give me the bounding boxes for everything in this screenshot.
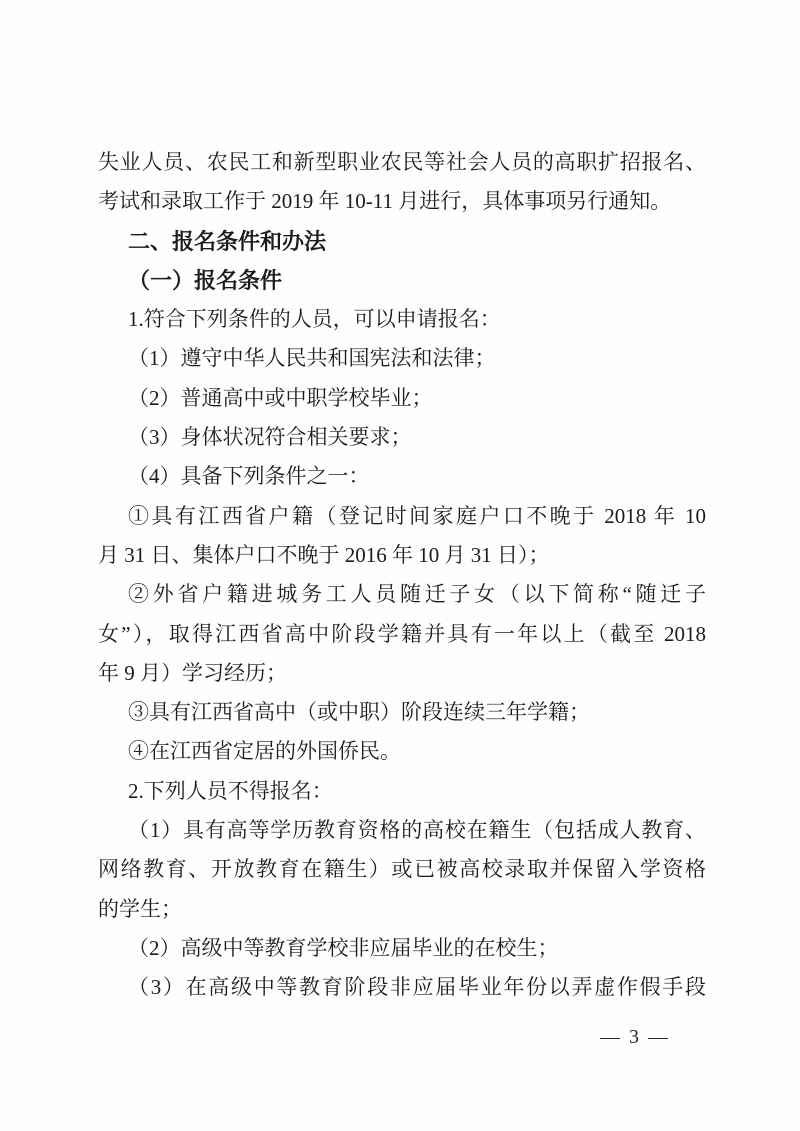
- document-line: 二、报名条件和办法: [98, 222, 706, 261]
- document-lines: 失业人员、农民工和新型职业农民等社会人员的高职扩招报名、 考试和录取工作于 20…: [98, 143, 706, 1008]
- document-line: （4）具备下列条件之一：: [98, 457, 706, 496]
- line-text: 月 31 日、集体户口不晚于 2016 年 10 月 31 日）；: [98, 543, 550, 567]
- line-text: 二、报名条件和办法: [128, 229, 326, 254]
- document-line: ①具有江西省户籍（登记时间家庭户口不晚于 2018 年 10: [98, 497, 706, 536]
- document-line: 2.下列人员不得报名：: [98, 772, 706, 811]
- document-line: （3）身体状况符合相关要求；: [98, 418, 706, 457]
- line-text: 女”），取得江西省高中阶段学籍并具有一年以上（截至 2018: [98, 622, 706, 646]
- document-line: 1.符合下列条件的人员，可以申请报名：: [98, 300, 706, 339]
- line-text: （1）遵守中华人民共和国宪法和法律；: [128, 346, 496, 370]
- document-line: 网络教育、开放教育在籍生）或已被高校录取并保留入学资格: [98, 850, 706, 889]
- document-line: （2）普通高中或中职学校毕业；: [98, 379, 706, 418]
- page-number: — 3 —: [600, 1022, 680, 1052]
- line-text: 失业人员、农民工和新型职业农民等社会人员的高职扩招报名、: [98, 150, 706, 174]
- document-line: （1）具有高等学历教育资格的高校在籍生（包括成人教育、: [98, 811, 706, 850]
- line-text: （3）身体状况符合相关要求；: [128, 425, 412, 449]
- line-text: （2）普通高中或中职学校毕业；: [128, 386, 433, 410]
- line-text: ①具有江西省户籍（登记时间家庭户口不晚于 2018 年 10: [128, 504, 706, 528]
- document-page: 失业人员、农民工和新型职业农民等社会人员的高职扩招报名、 考试和录取工作于 20…: [0, 0, 800, 1131]
- document-line: （2）高级中等教育学校非应届毕业的在校生；: [98, 929, 706, 968]
- document-line: （1）遵守中华人民共和国宪法和法律；: [98, 339, 706, 378]
- document-line: ③具有江西省高中（或中职）阶段连续三年学籍；: [98, 693, 706, 732]
- line-text: ③具有江西省高中（或中职）阶段连续三年学籍；: [128, 700, 590, 724]
- document-line: 的学生；: [98, 890, 706, 929]
- line-text: （一）报名条件: [128, 268, 282, 293]
- line-text: 考试和录取工作于 2019 年 10-11 月进行，具体事项另行通知。: [98, 189, 671, 213]
- line-text: 的学生；: [98, 897, 182, 921]
- line-text: 1.符合下列条件的人员，可以申请报名：: [128, 307, 501, 331]
- document-line: 年 9 月）学习经历；: [98, 654, 706, 693]
- line-text: （1）具有高等学历教育资格的高校在籍生（包括成人教育、: [128, 818, 706, 842]
- line-text: 2.下列人员不得报名：: [128, 779, 333, 803]
- line-text: 年 9 月）学习经历；: [98, 661, 287, 685]
- line-text: （3）在高级中等教育阶段非应届毕业年份以弄虚作假手段: [128, 975, 706, 999]
- document-line: 考试和录取工作于 2019 年 10-11 月进行，具体事项另行通知。: [98, 182, 706, 221]
- line-text: ②外省户籍进城务工人员随迁子女（以下简称“随迁子: [128, 582, 706, 606]
- document-line: 月 31 日、集体户口不晚于 2016 年 10 月 31 日）；: [98, 536, 706, 575]
- document-line: （一）报名条件: [98, 261, 706, 300]
- line-text: 网络教育、开放教育在籍生）或已被高校录取并保留入学资格: [98, 857, 706, 881]
- document-line: （3）在高级中等教育阶段非应届毕业年份以弄虚作假手段: [98, 968, 706, 1007]
- line-text: （2）高级中等教育学校非应届毕业的在校生；: [128, 936, 559, 960]
- line-text: （4）具备下列条件之一：: [128, 464, 370, 488]
- document-line: ④在江西省定居的外国侨民。: [98, 732, 706, 771]
- document-line: 失业人员、农民工和新型职业农民等社会人员的高职扩招报名、: [98, 143, 706, 182]
- line-text: ④在江西省定居的外国侨民。: [128, 739, 401, 763]
- document-line: ②外省户籍进城务工人员随迁子女（以下简称“随迁子: [98, 575, 706, 614]
- document-line: 女”），取得江西省高中阶段学籍并具有一年以上（截至 2018: [98, 615, 706, 654]
